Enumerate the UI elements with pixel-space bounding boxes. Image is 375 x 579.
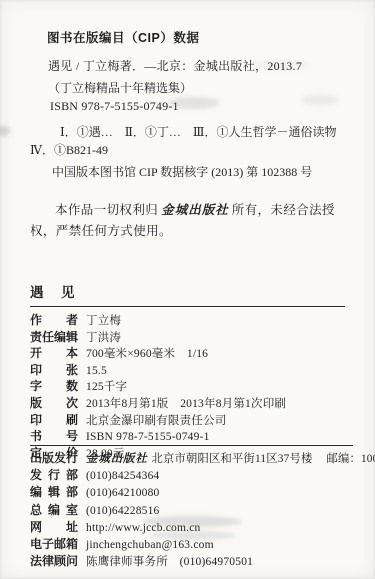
colophon-block: 遇 见 作者丁立梅 责任编辑丁洪涛 开本700毫米×960毫米 1/16 印张1… [30, 281, 345, 462]
cip-series-line: （丁立梅精品十年精选集） [48, 80, 351, 96]
publisher-address: 北京市朝阳区和平街11区37号楼 [152, 451, 313, 467]
cip-isbn-line: ISBN 978-7-5155-0749-1 [50, 98, 351, 114]
row-label: 发行部 [30, 467, 78, 483]
colophon-row-editor: 责任编辑丁洪涛 [30, 330, 345, 347]
row-label: 作者 [30, 313, 78, 329]
row-label: 网址 [30, 519, 78, 535]
row-value: 丁立梅 [86, 314, 121, 330]
row-label: 出版发行 [30, 450, 78, 466]
divider-top [30, 306, 345, 307]
row-value: 丁洪涛 [86, 331, 121, 347]
cip-heading: 图书在版编目（CIP）数据 [47, 30, 351, 46]
row-label: 印张 [30, 363, 78, 379]
row-value: 125千字 [86, 380, 127, 396]
footer-row-website: 网址http://www.jccb.com.cn [30, 519, 353, 536]
publisher-info: 金城出版社北京市朝阳区和平街11区37号楼邮编：100013 [86, 451, 375, 467]
rights-publisher-name: 金城出版社 [158, 203, 232, 217]
rights-prefix: 本作品一切权利归 [55, 203, 158, 217]
row-value: 15.5 [86, 364, 107, 380]
footer-row-email: 电子邮箱jinchengchuban@163.com [30, 536, 353, 553]
footer-row-legal: 法律顾问陈鹰律师事务所 (010)64970501 [30, 553, 353, 570]
row-label: 电子邮箱 [30, 536, 78, 552]
row-label: 总编室 [30, 502, 78, 518]
footer-row-chief-office: 总编室(010)64228516 [30, 502, 353, 519]
colophon-row-format: 开本700毫米×960毫米 1/16 [30, 346, 345, 363]
row-value: 2013年8月第1版 2013年8月第1次印刷 [86, 397, 286, 413]
colophon-row-author: 作者丁立梅 [30, 313, 345, 330]
row-label: 版次 [30, 396, 78, 412]
publisher-contact-block: 出版发行 金城出版社北京市朝阳区和平街11区37号楼邮编：100013 发行部(… [30, 440, 353, 570]
rights-notice: 本作品一切权利归金城出版社所有，未经合法授权，严禁任何方式使用。 [30, 200, 347, 242]
footer-row-distribution: 发行部(010)84254364 [30, 467, 353, 484]
row-value: 700毫米×960毫米 1/16 [86, 347, 208, 363]
divider-bottom [30, 445, 353, 446]
row-value: (010)64210080 [86, 485, 160, 501]
row-value: 北京金瀑印刷有限责任公司 [86, 414, 226, 430]
cip-registry-line: 中国版本图书馆 CIP 数据核字 (2013) 第 102388 号 [52, 164, 351, 180]
row-value: 陈鹰律师事务所 (010)64970501 [86, 554, 253, 570]
cip-classification-line-2: Ⅳ．①B821-49 [30, 142, 351, 158]
colophon-row-edition: 版次2013年8月第1版 2013年8月第1次印刷 [30, 396, 345, 413]
cip-classification-line-1: Ⅰ．①遇… Ⅱ．①丁… Ⅲ．①人生哲学－通俗读物 [60, 124, 351, 140]
row-label: 印刷 [30, 413, 78, 429]
footer-row-editorial: 编辑部(010)64210080 [30, 484, 353, 501]
colophon-row-wordcount: 字数125千字 [30, 379, 345, 396]
colophon-row-sheets: 印张15.5 [30, 363, 345, 380]
row-label: 责任编辑 [30, 330, 78, 346]
publisher-name: 金城出版社 [86, 451, 148, 467]
row-label: 法律顾问 [30, 553, 78, 569]
footer-rows: 出版发行 金城出版社北京市朝阳区和平街11区37号楼邮编：100013 发行部(… [30, 450, 353, 570]
row-value: http://www.jccb.com.cn [86, 520, 200, 536]
cip-title-line: 遇见 / 丁立梅著．—北京：金城出版社，2013.7 [48, 58, 351, 74]
row-label: 开本 [30, 346, 78, 362]
cip-block: 图书在版编目（CIP）数据 遇见 / 丁立梅著．—北京：金城出版社，2013.7… [30, 30, 351, 180]
colophon-row-printer: 印刷北京金瀑印刷有限责任公司 [30, 413, 345, 430]
book-title: 遇 见 [30, 281, 345, 301]
row-label: 编辑部 [30, 484, 78, 500]
copyright-page: 图书在版编目（CIP）数据 遇见 / 丁立梅著．—北京：金城出版社，2013.7… [0, 0, 375, 579]
row-label: 字数 [30, 379, 78, 395]
row-value: (010)84254364 [86, 468, 160, 484]
scan-smudge [0, 126, 10, 136]
postcode: 邮编：100013 [326, 451, 375, 467]
row-value: jinchengchuban@163.com [86, 537, 214, 553]
footer-row-publisher: 出版发行 金城出版社北京市朝阳区和平街11区37号楼邮编：100013 [30, 450, 353, 467]
row-value: (010)64228516 [86, 503, 160, 519]
